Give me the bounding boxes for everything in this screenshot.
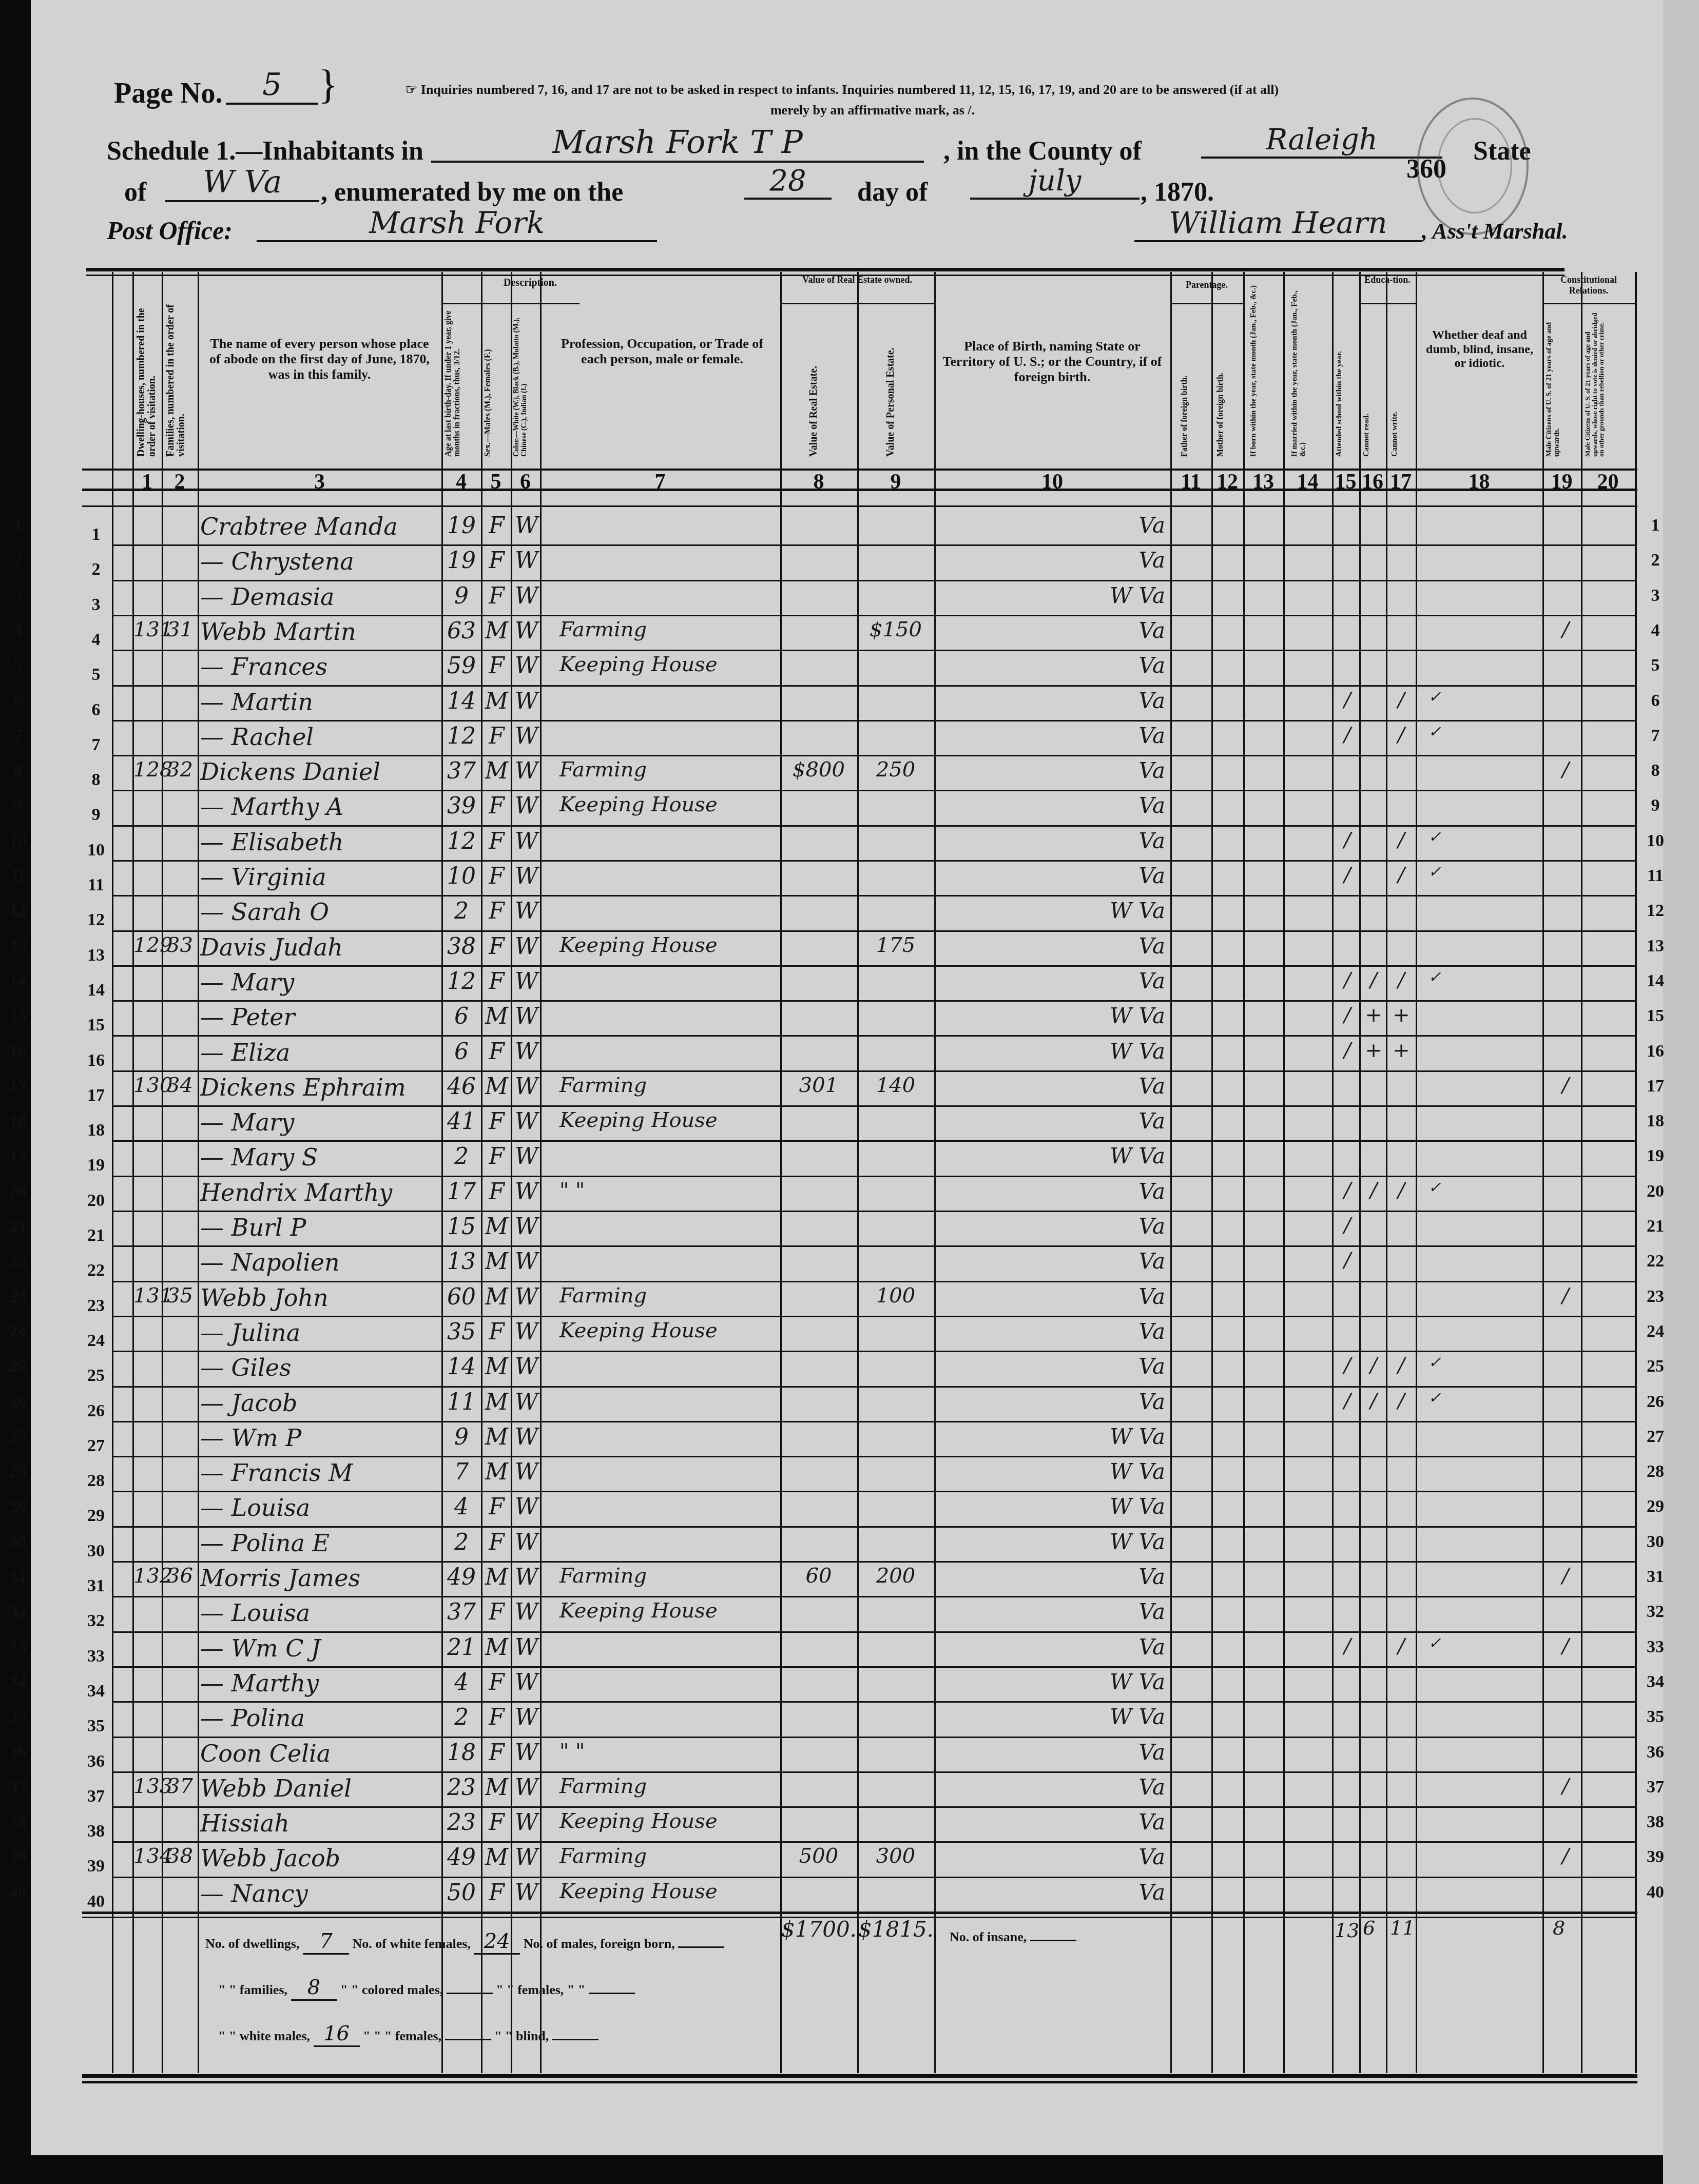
place-of-birth: Va: [1037, 1634, 1165, 1660]
age: 49: [443, 1564, 480, 1590]
person-name: — Virginia: [200, 863, 441, 891]
place-of-birth: Va: [1037, 1319, 1165, 1344]
age: 10: [443, 863, 480, 889]
col-number: 11: [1170, 470, 1211, 494]
age: 9: [443, 1424, 480, 1450]
row-rule: [112, 1070, 1635, 1072]
white-females-count: 24: [474, 1929, 520, 1955]
row-rule: [112, 1281, 1635, 1282]
line-number-inner: 24: [83, 1331, 109, 1351]
cannot-write-mark: /: [1391, 828, 1412, 852]
occupation: Keeping House: [559, 1599, 775, 1623]
line-number-inner: 30: [83, 1542, 109, 1561]
family-number: 38: [163, 1844, 197, 1868]
sex: M: [482, 1634, 511, 1661]
white-males-count: 16: [314, 2022, 360, 2047]
place-of-birth: W Va: [1037, 1669, 1165, 1694]
place-of-birth: W Va: [1037, 1494, 1165, 1519]
person-name: — Eliza: [200, 1039, 441, 1066]
sex: M: [482, 1389, 511, 1415]
line-number-right: 35: [1643, 1707, 1668, 1727]
col-line: [1542, 272, 1544, 2073]
line-number-right: 3: [1643, 586, 1668, 606]
line-number-inner: 35: [83, 1717, 109, 1736]
row-rule: [112, 720, 1635, 722]
col-line: [1283, 272, 1285, 2073]
color: W: [512, 1564, 540, 1590]
line-number-inner: 6: [83, 700, 109, 720]
place-of-birth: Va: [1037, 1844, 1165, 1869]
person-name: — Giles: [200, 1354, 441, 1381]
occupation: Keeping House: [559, 1809, 775, 1833]
age: 49: [443, 1844, 480, 1870]
line-number-left: 33: [5, 1637, 31, 1657]
sex: F: [482, 583, 511, 609]
person-name: — Polina: [200, 1704, 441, 1732]
row-rule: [112, 544, 1635, 546]
person-name: — Jacob: [200, 1389, 441, 1417]
person-name: Hissiah: [200, 1809, 441, 1837]
col-number: 18: [1416, 470, 1542, 494]
row-rule: [112, 1526, 1635, 1528]
attended-school-mark: /: [1337, 1039, 1358, 1062]
col-line: [198, 272, 199, 2073]
real-estate-value: 60: [783, 1564, 855, 1588]
line-number-left: 29: [5, 1497, 31, 1516]
person-name: — Marthy A: [200, 793, 441, 821]
line-number-inner: 7: [83, 735, 109, 755]
place-of-birth: W Va: [1037, 583, 1165, 608]
col-2-header: Families, numbered in the order of visit…: [165, 282, 195, 457]
line-number-right: 32: [1643, 1602, 1668, 1622]
row-rule: [112, 1666, 1635, 1668]
color: W: [512, 1319, 540, 1345]
total-read: 6: [1363, 1917, 1375, 1939]
sex: F: [482, 653, 511, 679]
place-of-birth: Va: [1037, 793, 1165, 818]
age: 12: [443, 723, 480, 749]
line-number-left: 30: [5, 1532, 31, 1552]
occupation: Farming: [559, 1074, 775, 1097]
color: W: [512, 1354, 540, 1380]
line-number-right: 23: [1643, 1287, 1668, 1306]
line-number-right: 36: [1643, 1743, 1668, 1762]
dwelling-number: 129: [133, 933, 162, 957]
scan-right-edge: [1663, 0, 1699, 2184]
sex: F: [482, 793, 511, 819]
group-parentage: Parentage.: [1170, 280, 1243, 290]
line-number-inner: 9: [83, 805, 109, 825]
line-number-left: 14: [5, 971, 31, 991]
line-number-inner: 38: [83, 1822, 109, 1841]
occupation: Farming: [559, 1564, 775, 1588]
line-number-left: 3: [5, 586, 31, 606]
age: 38: [443, 933, 480, 960]
col-6-header: Color.—White (W.), Black (B.), Mulatto (…: [513, 308, 538, 457]
place-of-birth: W Va: [1037, 898, 1165, 923]
age: 9: [443, 583, 480, 609]
sex: F: [482, 898, 511, 924]
age: 19: [443, 548, 480, 574]
sex: F: [482, 828, 511, 854]
color: W: [512, 1039, 540, 1065]
place-of-birth: W Va: [1037, 1459, 1165, 1484]
footer-line-2: " " families, 8 " " colored males, " " f…: [218, 1976, 635, 2001]
line-number-left: 19: [5, 1146, 31, 1166]
age: 6: [443, 1039, 480, 1065]
sex: M: [482, 1003, 511, 1029]
col-number: 16: [1359, 470, 1386, 494]
row-rule: [112, 685, 1635, 687]
line-number-left: 13: [5, 937, 31, 956]
place-of-birth: Va: [1037, 1775, 1165, 1800]
color: W: [512, 1284, 540, 1310]
place-of-birth: Va: [1037, 653, 1165, 678]
person-name: — Julina: [200, 1319, 441, 1347]
color: W: [512, 1775, 540, 1801]
person-name: — Burl P: [200, 1214, 441, 1241]
line-number-left: 32: [5, 1602, 31, 1622]
sex: M: [482, 1424, 511, 1450]
column-18-mark: ✓: [1419, 1179, 1450, 1197]
line-number-inner: 29: [83, 1506, 109, 1526]
col-line: [1332, 272, 1334, 2073]
color: W: [512, 1249, 540, 1275]
row-rule: [112, 860, 1635, 862]
col-number: 2: [162, 470, 198, 494]
place-of-birth: Va: [1037, 863, 1165, 888]
sex: F: [482, 1740, 511, 1766]
enumerated-label: , enumerated by me on the: [321, 177, 623, 207]
cannot-write-mark: /: [1391, 688, 1412, 712]
footer-insane: No. of insane,: [950, 1929, 1076, 1945]
real-estate-value: 500: [783, 1844, 855, 1868]
sex: M: [482, 1775, 511, 1801]
cannot-read-mark: /: [1363, 1354, 1384, 1377]
col-number: 7: [540, 470, 780, 494]
person-name: — Chrystena: [200, 548, 441, 575]
line-number-right: 22: [1643, 1252, 1668, 1271]
month-field: july: [970, 164, 1140, 200]
color: W: [512, 1003, 540, 1029]
cannot-write-mark: /: [1391, 863, 1412, 887]
col-number: 15: [1332, 470, 1359, 494]
person-name: — Wm C J: [200, 1634, 441, 1662]
personal-estate-value: 250: [860, 758, 932, 782]
col-line: [481, 272, 482, 2073]
row-rule: [112, 895, 1635, 896]
group-description: Description.: [481, 277, 580, 289]
place-of-birth: Va: [1037, 1249, 1165, 1274]
color: W: [512, 1809, 540, 1836]
line-number-left: 10: [5, 831, 31, 851]
line-number-right: 33: [1643, 1637, 1668, 1657]
person-name: — Mary: [200, 1108, 441, 1136]
row-rule: [112, 1456, 1635, 1457]
color: W: [512, 653, 540, 679]
col-20-header: Male Citizens of U. S. of 21 years of ag…: [1584, 308, 1632, 457]
group-real-estate: Value of Real Estate owned.: [780, 275, 934, 285]
col-number: 17: [1386, 470, 1416, 494]
cannot-write-mark: /: [1391, 1634, 1412, 1658]
age: 15: [443, 1214, 480, 1240]
family-number: 36: [163, 1564, 197, 1588]
age: 41: [443, 1108, 480, 1135]
color: W: [512, 1529, 540, 1555]
personal-estate-value: 100: [860, 1284, 932, 1308]
line-number-right: 7: [1643, 726, 1668, 746]
dwelling-number: 132: [133, 1564, 162, 1588]
column-18-mark: ✓: [1419, 723, 1450, 741]
age: 2: [443, 1143, 480, 1169]
line-number-left: 31: [5, 1567, 31, 1587]
person-name: — Napolien: [200, 1249, 441, 1276]
citizen-mark: /: [1555, 1844, 1576, 1868]
citizen-mark: /: [1555, 1284, 1576, 1308]
group-education: Educa-tion.: [1359, 275, 1416, 285]
cannot-write-mark: /: [1391, 723, 1412, 747]
row-rule: [112, 1561, 1635, 1563]
col-number: 12: [1211, 470, 1243, 494]
place-of-birth: Va: [1037, 1108, 1165, 1134]
person-name: — Marthy: [200, 1669, 441, 1697]
line-number-inner: 18: [83, 1121, 109, 1140]
age: 12: [443, 968, 480, 995]
totals-top-rule: [82, 1912, 1637, 1914]
attended-school-mark: /: [1337, 1249, 1358, 1272]
age: 6: [443, 1003, 480, 1029]
col-17-header: Cannot write.: [1391, 375, 1412, 457]
line-number-inner: 20: [83, 1191, 109, 1211]
line-number-inner: 34: [83, 1682, 109, 1701]
line-number-inner: 32: [83, 1611, 109, 1631]
col-number: 10: [934, 470, 1170, 494]
column-18-mark: ✓: [1419, 1354, 1450, 1372]
line-number-left: 23: [5, 1287, 31, 1306]
line-number-left: 5: [5, 656, 31, 675]
marshal-label: , Ass't Marshal.: [1422, 218, 1568, 244]
color: W: [512, 1740, 540, 1766]
dwelling-number: 130: [133, 1074, 162, 1097]
attended-school-mark: /: [1337, 1214, 1358, 1237]
color: W: [512, 898, 540, 924]
color: W: [512, 1179, 540, 1205]
cannot-read-mark: /: [1363, 968, 1384, 992]
row-rule: [112, 615, 1635, 616]
line-number-left: 7: [5, 726, 31, 746]
age: 50: [443, 1880, 480, 1906]
age: 37: [443, 758, 480, 784]
color: W: [512, 1424, 540, 1450]
citizen-mark: /: [1555, 1564, 1576, 1588]
row-rule: [112, 1421, 1635, 1422]
line-number-right: 14: [1643, 971, 1668, 991]
age: 23: [443, 1809, 480, 1836]
line-number-left: 15: [5, 1006, 31, 1026]
post-office-label: Post Office:: [107, 216, 233, 245]
col-18-header: Whether deaf and dumb, blind, insane, or…: [1419, 328, 1540, 371]
line-number-right: 37: [1643, 1778, 1668, 1797]
line-number-right: 39: [1643, 1847, 1668, 1867]
col-number: 19: [1542, 470, 1581, 494]
place-of-birth: Va: [1037, 933, 1165, 959]
citizen-mark: /: [1555, 758, 1576, 782]
age: 39: [443, 793, 480, 819]
males-foreign-count: [678, 1946, 724, 1948]
occupation: Keeping House: [559, 1880, 775, 1903]
census-table: Description. Value of Real Estate owned.…: [82, 272, 1560, 2078]
county-field: Raleigh: [1201, 123, 1442, 159]
sex: M: [482, 688, 511, 714]
color: W: [512, 1669, 540, 1695]
row-rule: [112, 1035, 1635, 1037]
place-of-birth: Va: [1037, 618, 1165, 643]
col-5-header: Sex.—Males (M.), Females (F.): [484, 308, 509, 457]
sex: M: [482, 1284, 511, 1310]
attended-school-mark: /: [1337, 1389, 1358, 1413]
col-number: 1: [132, 470, 162, 494]
real-estate-value: $800: [783, 758, 855, 782]
sex: F: [482, 1880, 511, 1906]
row-rule: [112, 1771, 1635, 1773]
color: W: [512, 1214, 540, 1240]
citizen-mark: /: [1555, 1634, 1576, 1658]
person-name: — Sarah O: [200, 898, 441, 926]
line-number-inner: 16: [83, 1051, 109, 1070]
place-of-birth: Va: [1037, 1389, 1165, 1414]
family-number: 35: [163, 1284, 197, 1308]
row-rule: [112, 1806, 1635, 1808]
footer-line-1: No. of dwellings, 7 No. of white females…: [205, 1929, 724, 1955]
col-line: [1243, 272, 1245, 2073]
line-number-left: 8: [5, 761, 31, 781]
line-number-left: 18: [5, 1111, 31, 1131]
sex: F: [482, 548, 511, 574]
total-personal-estate: $1815.: [858, 1917, 934, 1942]
person-name: Crabtree Manda: [200, 513, 441, 540]
line-number-right: 21: [1643, 1217, 1668, 1236]
row-rule: [112, 930, 1635, 932]
person-name: Webb Daniel: [200, 1775, 441, 1802]
total-real-estate: $1700.: [781, 1917, 857, 1942]
col-15-header: Attended school within the year.: [1336, 282, 1356, 457]
age: 23: [443, 1775, 480, 1801]
line-number-left: 21: [5, 1217, 31, 1236]
age: 2: [443, 898, 480, 924]
col-line: [511, 272, 512, 2073]
color: W: [512, 1389, 540, 1415]
cannot-read-mark: +: [1363, 1003, 1384, 1027]
sex: F: [482, 933, 511, 960]
occupation: Farming: [559, 1844, 775, 1868]
age: 37: [443, 1599, 480, 1625]
col-line: [780, 272, 782, 2073]
line-number-left: 24: [5, 1322, 31, 1341]
day-field: 28: [744, 164, 832, 200]
sex: M: [482, 758, 511, 784]
column-18-mark: ✓: [1419, 828, 1450, 846]
cannot-read-mark: +: [1363, 1039, 1384, 1062]
cannot-write-mark: /: [1391, 1179, 1412, 1202]
age: 14: [443, 1354, 480, 1380]
col-line: [162, 272, 163, 2073]
age: 35: [443, 1319, 480, 1345]
color: W: [512, 688, 540, 714]
total-citizens: 8: [1553, 1917, 1565, 1939]
color: W: [512, 1074, 540, 1100]
place-of-birth: Va: [1037, 1354, 1165, 1379]
line-number-right: 28: [1643, 1462, 1668, 1481]
line-number-left: 27: [5, 1427, 31, 1447]
attended-school-mark: /: [1337, 968, 1358, 992]
color: W: [512, 828, 540, 854]
col-number: 6: [511, 470, 540, 494]
sex: M: [482, 1354, 511, 1380]
row-rule: [112, 1000, 1635, 1002]
insane-count: [1030, 1940, 1076, 1941]
line-number-right: 17: [1643, 1077, 1668, 1096]
row-rule: [112, 580, 1635, 581]
col-13-header: If born within the year, state month (Ja…: [1250, 282, 1279, 457]
person-name: — Mary: [200, 968, 441, 996]
place-of-birth: Va: [1037, 968, 1165, 993]
color: W: [512, 618, 540, 644]
place-of-birth: Va: [1037, 1074, 1165, 1099]
attended-school-mark: /: [1337, 1634, 1358, 1658]
line-number-left: 36: [5, 1743, 31, 1762]
occupation: Farming: [559, 618, 775, 641]
column-18-mark: ✓: [1419, 968, 1450, 986]
place-of-birth: Va: [1037, 548, 1165, 573]
sex: M: [482, 618, 511, 644]
place-of-birth: W Va: [1037, 1143, 1165, 1168]
color: W: [512, 1599, 540, 1625]
line-number-left: 39: [5, 1847, 31, 1867]
place-of-birth: Va: [1037, 1599, 1165, 1624]
row-rule: [112, 650, 1635, 651]
sex: F: [482, 1108, 511, 1135]
line-number-inner: 25: [83, 1366, 109, 1386]
color: W: [512, 1844, 540, 1870]
line-number-right: 40: [1643, 1883, 1668, 1902]
blind-count: [552, 2039, 598, 2040]
color: W: [512, 1459, 540, 1485]
line-number-inner: 2: [83, 560, 109, 579]
occupation: Keeping House: [559, 1319, 775, 1342]
age: 11: [443, 1389, 480, 1415]
cannot-write-mark: +: [1391, 1039, 1412, 1062]
place-of-birth: Va: [1037, 758, 1165, 783]
person-name: — Frances: [200, 653, 441, 680]
row-rule: [112, 1841, 1635, 1843]
cannot-read-mark: /: [1363, 1179, 1384, 1202]
col-line: [857, 272, 859, 2073]
personal-estate-value: 300: [860, 1844, 932, 1868]
person-name: Dickens Ephraim: [200, 1074, 441, 1101]
person-name: — Louisa: [200, 1494, 441, 1522]
family-number: 33: [163, 933, 197, 957]
col-line: [540, 272, 542, 2073]
line-number-left: 26: [5, 1392, 31, 1412]
sex: M: [482, 1844, 511, 1870]
place-of-birth: Va: [1037, 1284, 1165, 1309]
row-rule: [112, 790, 1635, 791]
line-number-left: 22: [5, 1252, 31, 1271]
line-number-left: 6: [5, 691, 31, 711]
occupation: Keeping House: [559, 1108, 775, 1132]
col-10-header: Place of Birth, naming State or Territor…: [942, 339, 1163, 385]
sex: F: [482, 1704, 511, 1730]
